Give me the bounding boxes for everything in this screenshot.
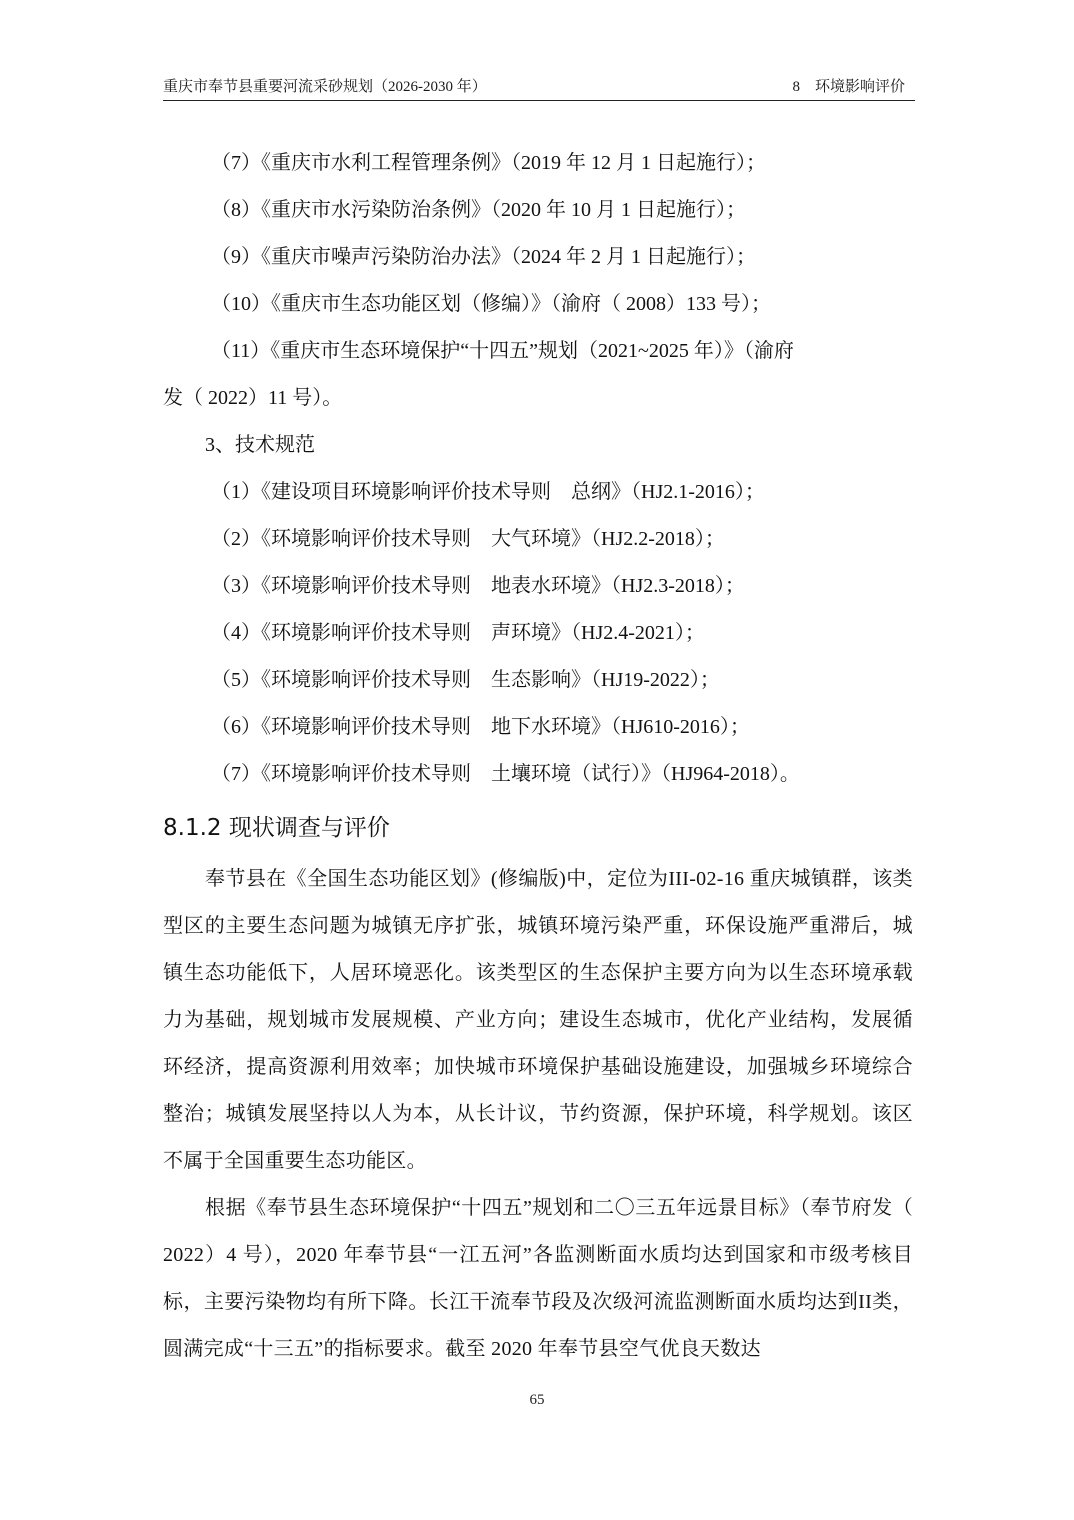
tech-spec-item-7: （7）《环境影响评价技术导则 土壤环境（试行）》（HJ964-2018）。	[163, 751, 913, 798]
tech-spec-item-5: （5）《环境影响评价技术导则 生态影响》（HJ19-2022）；	[163, 657, 913, 704]
regulation-item-11-line2: 发（ 2022）11 号）。	[163, 375, 913, 422]
section-heading: 8.1.2 现状调查与评价	[163, 800, 913, 856]
chapter-title: 8 环境影响评价	[792, 76, 905, 98]
body-paragraph-1: 奉节县在《全国生态功能区划》(修编版)中，定位为III-02-16 重庆城镇群，…	[163, 856, 913, 1185]
tech-specs-heading: 3、技术规范	[163, 422, 913, 469]
regulation-item-10: （10）《重庆市生态功能区划（修编）》（渝府（ 2008）133 号）；	[163, 281, 913, 328]
page-content: （7）《重庆市水利工程管理条例》（2019 年 12 月 1 日起施行）； （8…	[163, 140, 913, 1373]
tech-spec-item-2: （2）《环境影响评价技术导则 大气环境》（HJ2.2-2018）；	[163, 516, 913, 563]
tech-spec-item-3: （3）《环境影响评价技术导则 地表水环境》（HJ2.3-2018）；	[163, 563, 913, 610]
body-paragraph-2: 根据《奉节县生态环境保护“十四五”规划和二〇三五年远景目标》（奉节府发（ 202…	[163, 1185, 913, 1373]
tech-spec-item-4: （4）《环境影响评价技术导则 声环境》（HJ2.4-2021）；	[163, 610, 913, 657]
page-header: 重庆市奉节县重要河流采砂规划（2026-2030 年） 8 环境影响评价	[163, 76, 915, 101]
regulation-item-7: （7）《重庆市水利工程管理条例》（2019 年 12 月 1 日起施行）；	[163, 140, 913, 187]
page-number: 65	[0, 1392, 1074, 1409]
tech-spec-item-1: （1）《建设项目环境影响评价技术导则 总纲》（HJ2.1-2016）；	[163, 469, 913, 516]
regulation-item-11-line1: （11）《重庆市生态环境保护“十四五”规划（2021~2025 年）》（渝府	[163, 328, 913, 375]
regulation-item-9: （9）《重庆市噪声污染防治办法》（2024 年 2 月 1 日起施行）；	[163, 234, 913, 281]
regulation-item-11: （11）《重庆市生态环境保护“十四五”规划（2021~2025 年）》（渝府 发…	[163, 328, 913, 422]
document-title: 重庆市奉节县重要河流采砂规划（2026-2030 年）	[163, 76, 487, 98]
tech-spec-item-6: （6）《环境影响评价技术导则 地下水环境》（HJ610-2016）；	[163, 704, 913, 751]
regulation-item-8: （8）《重庆市水污染防治条例》（2020 年 10 月 1 日起施行）；	[163, 187, 913, 234]
